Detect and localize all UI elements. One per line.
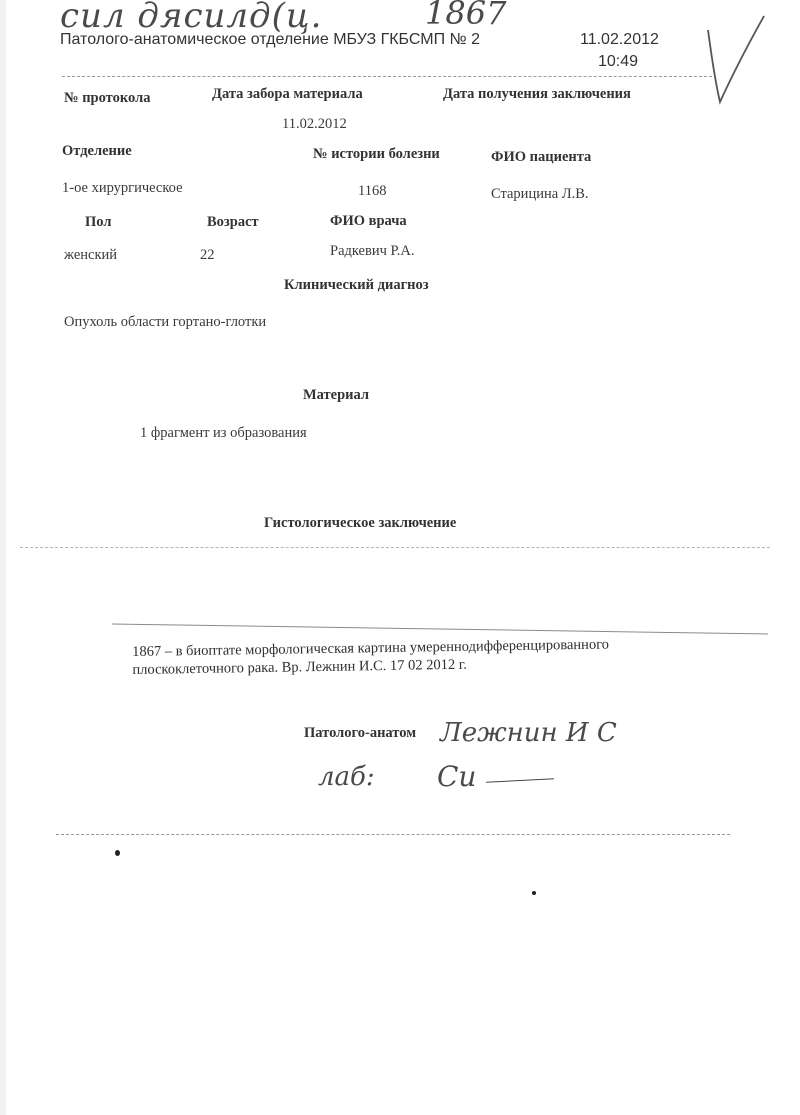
department-value: 1-ое хирургическое bbox=[62, 180, 183, 197]
handwritten-top-number: 1867 bbox=[425, 0, 506, 32]
clinical-diagnosis-value: Опухоль области гортано-глотки bbox=[64, 314, 266, 331]
histology-conclusion-label: Гистологическое заключение bbox=[264, 515, 456, 532]
print-date: 11.02.2012 bbox=[580, 31, 659, 49]
histology-conclusion-text: 1867 – в биоптате морфологическая картин… bbox=[132, 636, 609, 679]
histology-divider bbox=[20, 547, 770, 548]
lab-handwritten-label: лаб: bbox=[318, 762, 375, 792]
scanned-document-page: сил дясилд(ц. 1867 Патолого-анатомическо… bbox=[0, 0, 800, 1115]
institution-title: Патолого-анатомическое отделение МБУЗ ГК… bbox=[60, 31, 480, 49]
age-label: Возраст bbox=[207, 214, 259, 231]
doctor-name-label: ФИО врача bbox=[330, 213, 407, 230]
lab-signature-stroke bbox=[486, 778, 554, 783]
material-label: Материал bbox=[303, 387, 369, 404]
conclusion-top-line bbox=[110, 620, 770, 640]
patient-name-label: ФИО пациента bbox=[491, 149, 591, 166]
department-label: Отделение bbox=[62, 143, 132, 160]
sex-value: женский bbox=[64, 247, 117, 264]
pathologist-signature: Лежнин И С bbox=[440, 718, 617, 748]
material-value: 1 фрагмент из образования bbox=[140, 425, 307, 442]
clinical-diagnosis-label: Клинический диагноз bbox=[284, 277, 429, 294]
checkmark-icon bbox=[700, 10, 770, 110]
print-time: 10:49 bbox=[598, 53, 638, 71]
header-divider bbox=[62, 76, 712, 77]
history-number-label: № истории болезни bbox=[313, 146, 440, 163]
protocol-number-label: № протокола bbox=[64, 90, 150, 107]
scan-speck bbox=[115, 850, 120, 856]
lab-signature: Си bbox=[437, 760, 476, 793]
pathologist-label: Патолого-анатом bbox=[304, 725, 416, 742]
scan-speck bbox=[532, 891, 536, 895]
age-value: 22 bbox=[200, 247, 215, 264]
conclusion-date-label: Дата получения заключения bbox=[443, 86, 631, 103]
scan-edge-shadow bbox=[0, 0, 6, 1115]
footer-divider bbox=[56, 834, 730, 835]
sex-label: Пол bbox=[85, 214, 111, 231]
sample-date-label: Дата забора материала bbox=[212, 86, 363, 103]
sample-date-value: 11.02.2012 bbox=[282, 116, 347, 133]
patient-name-value: Старицина Л.В. bbox=[491, 186, 589, 203]
history-number-value: 1168 bbox=[358, 183, 386, 200]
doctor-name-value: Радкевич Р.А. bbox=[330, 243, 415, 260]
